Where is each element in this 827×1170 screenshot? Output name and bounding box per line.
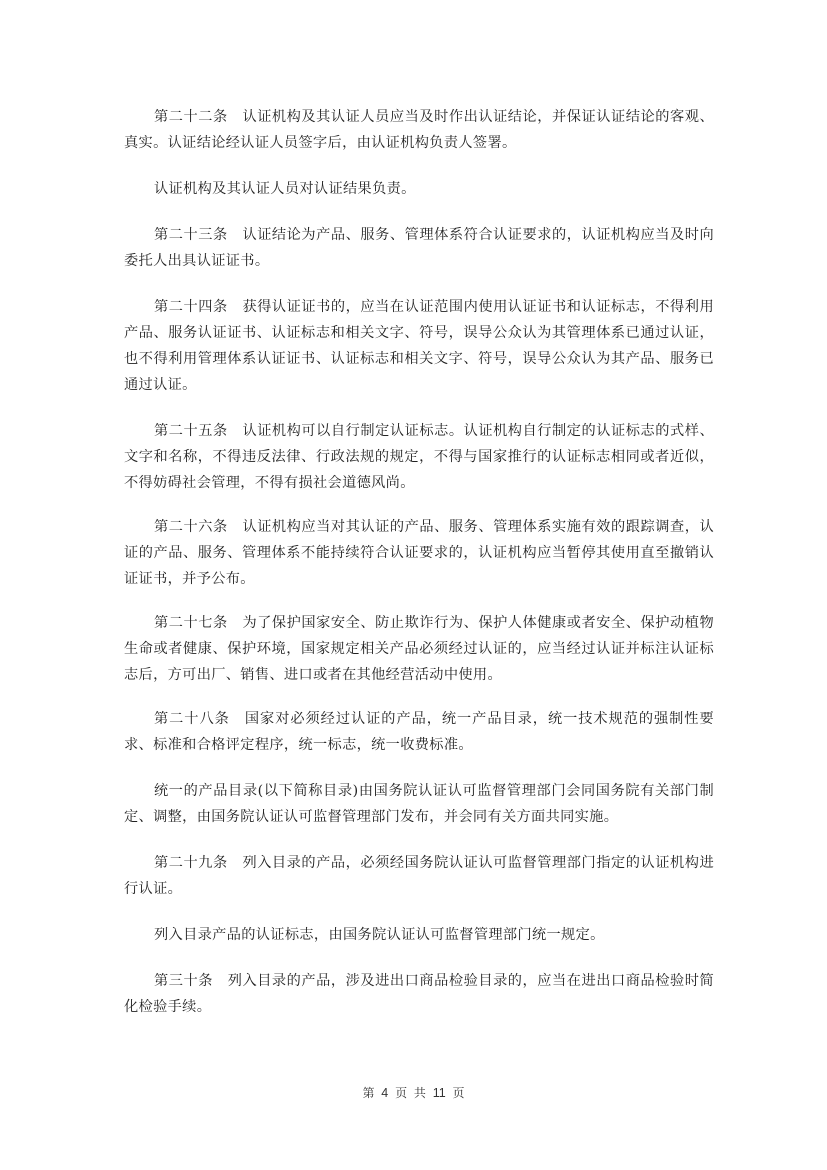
total-pages-number: 11 <box>433 1086 446 1100</box>
article-30: 第三十条 列入目录的产品，涉及进出口商品检验目录的，应当在进出口商品检验时简化检… <box>124 968 714 1020</box>
article-22-para-2: 认证机构及其认证人员对认证结果负责。 <box>124 176 714 202</box>
article-28-para-2: 统一的产品目录(以下简称目录)由国务院认证认可监督管理部门会同国务院有关部门制定… <box>124 778 714 830</box>
footer-prefix: 第 <box>362 1086 374 1100</box>
article-28: 第二十八条 国家对必须经过认证的产品，统一产品目录，统一技术规范的强制性要求、标… <box>124 706 714 758</box>
article-22: 第二十二条 认证机构及其认证人员应当及时作出认证结论，并保证认证结论的客观、真实… <box>124 104 714 156</box>
footer-suffix: 页 <box>453 1086 465 1100</box>
article-24: 第二十四条 获得认证证书的，应当在认证范围内使用认证证书和认证标志，不得利用产品… <box>124 294 714 398</box>
footer-mid: 页 共 <box>395 1086 426 1100</box>
page-footer: 第 4 页 共 11 页 <box>0 1084 827 1101</box>
article-29: 第二十九条 列入目录的产品，必须经国务院认证认可监督管理部门指定的认证机构进行认… <box>124 850 714 902</box>
article-23: 第二十三条 认证结论为产品、服务、管理体系符合认证要求的，认证机构应当及时向委托… <box>124 222 714 274</box>
document-page: 第二十二条 认证机构及其认证人员应当及时作出认证结论，并保证认证结论的客观、真实… <box>0 0 827 1170</box>
article-26: 第二十六条 认证机构应当对其认证的产品、服务、管理体系实施有效的跟踪调查，认证的… <box>124 514 714 592</box>
article-29-para-2: 列入目录产品的认证标志，由国务院认证认可监督管理部门统一规定。 <box>124 922 714 948</box>
article-27: 第二十七条 为了保护国家安全、防止欺诈行为、保护人体健康或者安全、保护动植物生命… <box>124 610 714 688</box>
article-25: 第二十五条 认证机构可以自行制定认证标志。认证机构自行制定的认证标志的式样、文字… <box>124 418 714 496</box>
current-page-number: 4 <box>381 1086 388 1100</box>
